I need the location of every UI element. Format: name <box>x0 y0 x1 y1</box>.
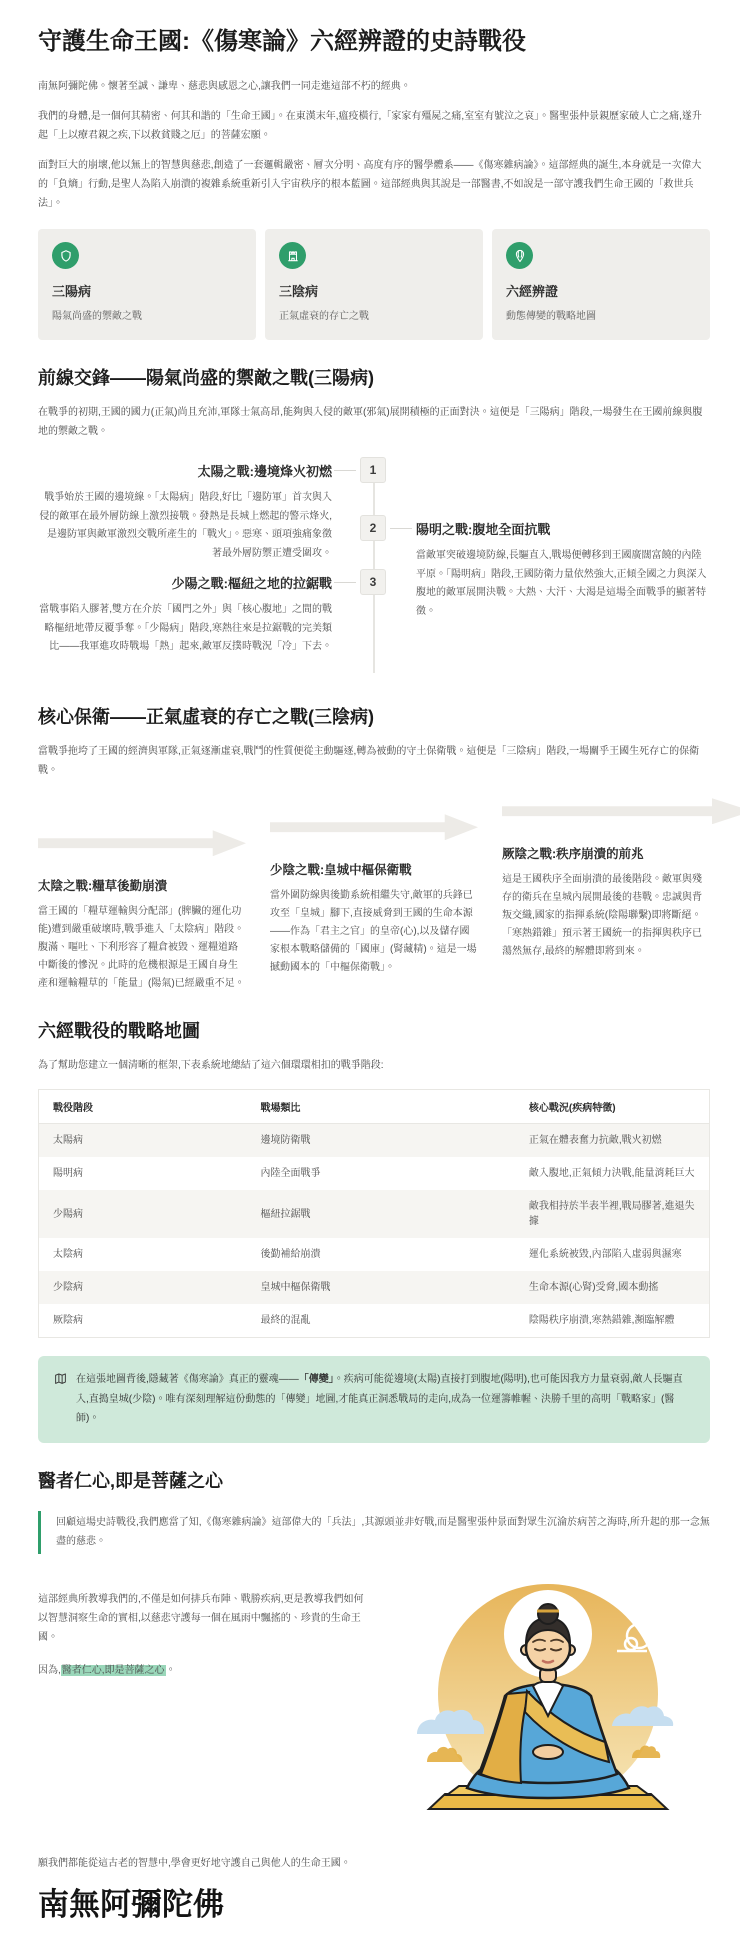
table-cell: 內陸全面戰爭 <box>247 1157 515 1190</box>
timeline-item-body: 當戰事陷入膠著,雙方在介於「國門之外」與「核心腹地」之間的戰略樞紐地帶反覆爭奪。… <box>38 601 332 657</box>
section-title-heart: 醫者仁心,即是菩薩之心 <box>38 1467 710 1493</box>
table-cell: 後勤補給崩潰 <box>247 1238 515 1271</box>
article: 守護生命王國:《傷寒論》六經辨證的史詩戰役 南無阿彌陀佛。懷著至誠、謙卑、慈悲與… <box>0 0 740 1958</box>
battle-column-title: 厥陰之戰:秩序崩潰的前兆 <box>502 844 710 862</box>
table-row: 太陰病 後勤補給崩潰 運化系統被毀,內部陷入虛弱與濕寒 <box>39 1238 710 1271</box>
table-cell: 最終的混亂 <box>247 1304 515 1338</box>
because-suffix: 。 <box>166 1665 176 1676</box>
page-title: 守護生命王國:《傷寒論》六經辨證的史詩戰役 <box>38 26 710 57</box>
table-cell: 皇城中樞保衛戰 <box>247 1271 515 1304</box>
battle-column-shaoyin: 少陰之戰:皇城中樞保衛戰 當外圍防線與後勤系統相繼失守,敵軍的兵鋒已攻至「皇城」… <box>270 798 478 993</box>
highlight-text: 醫者仁心,即是菩薩之心 <box>61 1665 166 1676</box>
card-title: 三陰病 <box>279 281 469 300</box>
timeline-number: 3 <box>370 575 377 589</box>
table-cell-phase: 少陽病 <box>39 1190 247 1238</box>
intro-paragraph: 南無阿彌陀佛。懷著至誠、謙卑、慈悲與感恩之心,讓我們一同走進這部不朽的經典。 <box>38 77 710 96</box>
card-subtitle: 正氣虛衰的存亡之戰 <box>279 309 469 324</box>
table-header-cell: 核心戰況(疾病特徵) <box>515 1090 710 1124</box>
timeline-item-yangming: 陽明之戰:腹地全面抗戰 當敵軍突破邊境防線,長驅直入,戰場便轉移到王國廣闊富饒的… <box>416 515 710 621</box>
note-text-bold: 「傳變」 <box>299 1374 334 1385</box>
yin-battle-columns: 太陰之戰:糧草後勤崩潰 當王國的「糧草運輸與分配部」(脾臟的運化功能)遭到嚴重破… <box>38 798 710 993</box>
right-arrow-shape <box>270 814 478 840</box>
table-row: 太陽病 邊境防衛戰 正氣在體表奮力抗敵,戰火初燃 <box>39 1124 710 1158</box>
timeline-item-title: 陽明之戰:腹地全面抗戰 <box>416 519 710 538</box>
table-cell: 敵我相持於半表半裡,戰局膠著,進退失據 <box>515 1190 710 1238</box>
summary-cards: 三陽病 陽氣尚盛的禦敵之戰 三陰病 正氣虛衰的存亡之戰 六經辨證 動態傳變的戰略… <box>38 229 710 340</box>
timeline-connector <box>334 582 356 583</box>
table-cell-phase: 太陽病 <box>39 1124 247 1158</box>
timeline-item-shaoyang: 少陽之戰:樞紐之地的拉鋸戰 當戰事陷入膠著,雙方在介於「國門之外」與「核心腹地」… <box>38 569 332 657</box>
table-cell-phase: 陽明病 <box>39 1157 247 1190</box>
battle-column-title: 少陰之戰:皇城中樞保衛戰 <box>270 860 478 878</box>
table-header-cell: 戰場類比 <box>247 1090 515 1124</box>
table-cell-phase: 太陰病 <box>39 1238 247 1271</box>
timeline-number: 1 <box>370 463 377 477</box>
because-prefix: 因為, <box>38 1665 61 1676</box>
timeline-item-title: 太陽之戰:邊境烽火初燃 <box>38 461 332 480</box>
section-title-yin: 核心保衛——正氣虛衰的存亡之戰(三陰病) <box>38 703 710 729</box>
table-cell: 敵入腹地,正氣傾力決戰,能量消耗巨大 <box>515 1157 710 1190</box>
right-arrow-shape <box>38 830 246 856</box>
timeline-item-taiyang: 太陽之戰:邊境烽火初燃 戰爭始於王國的邊境線。「太陽病」階段,好比「邊防軍」首次… <box>38 457 332 563</box>
note-text-prefix: 在這張地圖背後,隱藏著《傷寒論》真正的靈魂—— <box>76 1374 299 1385</box>
table-cell: 運化系統被毀,內部陷入虛弱與濕寒 <box>515 1238 710 1271</box>
summary-card-six-channels: 六經辨證 動態傳變的戰略地圖 <box>492 229 710 340</box>
heart-text: 這部經典所教導我們的,不僅是如何排兵布陣、戰勝疾病,更是教導我們如何以智慧洞察生… <box>38 1576 370 1824</box>
yin-intro: 當戰爭拖垮了王國的經濟與軍隊,正氣逐漸虛衰,戰鬥的性質便從主動驅逐,轉為被動的守… <box>38 742 710 780</box>
closing-wish: 願我們都能從這古老的智慧中,學會更好地守護自己與他人的生命王國。 <box>38 1854 710 1869</box>
table-cell-phase: 少陰病 <box>39 1271 247 1304</box>
table-row: 少陰病 皇城中樞保衛戰 生命本源(心腎)受脅,國本動搖 <box>39 1271 710 1304</box>
yang-intro: 在戰爭的初期,王國的國力(正氣)尚且充沛,軍隊士氣高昂,能夠與入侵的敵軍(邪氣)… <box>38 403 710 441</box>
map-icon <box>54 1372 67 1429</box>
table-row: 少陽病 樞紐拉鋸戰 敵我相持於半表半裡,戰局膠著,進退失據 <box>39 1190 710 1238</box>
battle-column-body: 當外圍防線與後勤系統相繼失守,敵軍的兵鋒已攻至「皇城」腳下,直接威脅到王國的生命… <box>270 887 478 977</box>
timeline-connector <box>334 470 356 471</box>
timeline-connector <box>390 528 412 529</box>
summary-card-three-yang: 三陽病 陽氣尚盛的禦敵之戰 <box>38 229 256 340</box>
battle-column-jueyin: 厥陰之戰:秩序崩潰的前兆 這是王國秩序全面崩潰的最後階段。敵軍與殘存的衛兵在皇城… <box>502 798 710 993</box>
timeline-item-body: 當敵軍突破邊境防線,長驅直入,戰場便轉移到王國廣闊富饒的內陸平原。「陽明病」階段… <box>416 547 710 621</box>
timeline-three-yang: 1 太陽之戰:邊境烽火初燃 戰爭始於王國的邊境線。「太陽病」階段,好比「邊防軍」… <box>38 457 710 679</box>
timeline-number: 2 <box>370 521 377 535</box>
table-header-row: 戰役階段 戰場類比 核心戰況(疾病特徵) <box>39 1090 710 1124</box>
table-header-cell: 戰役階段 <box>39 1090 247 1124</box>
map-intro: 為了幫助您建立一個清晰的框架,下表系統地總結了這六個環環相扣的戰爭階段: <box>38 1056 710 1075</box>
table-cell: 陰陽秩序崩潰,寒熱錯雜,瀕臨解體 <box>515 1304 710 1338</box>
timeline-item-title: 少陽之戰:樞紐之地的拉鋸戰 <box>38 573 332 592</box>
card-title: 六經辨證 <box>506 281 696 300</box>
strategy-table: 戰役階段 戰場類比 核心戰況(疾病特徵) 太陽病 邊境防衛戰 正氣在體表奮力抗敵… <box>38 1089 710 1338</box>
table-cell: 邊境防衛戰 <box>247 1124 515 1158</box>
quote-block: 回顧這場史詩戰役,我們應當了知,《傷寒雜病論》這部偉大的「兵法」,其源頭並非好戰… <box>38 1511 710 1554</box>
note-text: 在這張地圖背後,隱藏著《傷寒論》真正的靈魂——「傳變」。疾病可能從邊境(太陽)直… <box>76 1370 694 1429</box>
table-row: 陽明病 內陸全面戰爭 敵入腹地,正氣傾力決戰,能量消耗巨大 <box>39 1157 710 1190</box>
heart-section: 這部經典所教導我們的,不僅是如何排兵布陣、戰勝疾病,更是教導我們如何以智慧洞察生… <box>38 1576 710 1824</box>
fortress-icon <box>279 242 306 269</box>
battle-column-taiyin: 太陰之戰:糧草後勤崩潰 當王國的「糧草運輸與分配部」(脾臟的運化功能)遭到嚴重破… <box>38 798 246 993</box>
meditating-monk-illustration <box>386 1576 710 1824</box>
battle-column-title: 太陰之戰:糧草後勤崩潰 <box>38 876 246 894</box>
table-cell: 生命本源(心腎)受脅,國本動搖 <box>515 1271 710 1304</box>
battle-column-body: 這是王國秩序全面崩潰的最後階段。敵軍與殘存的衛兵在皇城內展開最後的巷戰。忠誠與背… <box>502 871 710 961</box>
card-subtitle: 動態傳變的戰略地圖 <box>506 309 696 324</box>
section-title-map: 六經戰役的戰略地圖 <box>38 1017 710 1043</box>
map-pin-icon <box>506 242 533 269</box>
table-cell: 樞紐拉鋸戰 <box>247 1190 515 1238</box>
table-row: 厥陰病 最終的混亂 陰陽秩序崩潰,寒熱錯雜,瀕臨解體 <box>39 1304 710 1338</box>
intro-paragraph: 面對巨大的崩壞,他以無上的智慧與慈悲,創造了一套邏輯嚴密、層次分明、高度有序的醫… <box>38 156 710 213</box>
heart-because-line: 因為,醫者仁心,即是菩薩之心。 <box>38 1661 370 1680</box>
table-cell: 正氣在體表奮力抗敵,戰火初燃 <box>515 1124 710 1158</box>
battle-column-body: 當王國的「糧草運輸與分配部」(脾臟的運化功能)遭到嚴重破壞時,戰爭進入「太陰病」… <box>38 903 246 993</box>
note-box: 在這張地圖背後,隱藏著《傷寒論》真正的靈魂——「傳變」。疾病可能從邊境(太陽)直… <box>38 1356 710 1443</box>
shield-icon <box>52 242 79 269</box>
timeline-badge-2: 2 <box>360 515 386 541</box>
timeline-badge-1: 1 <box>360 457 386 483</box>
closing-title: 南無阿彌陀佛 <box>38 1879 710 1924</box>
intro-paragraph: 我們的身體,是一個何其精密、何其和諧的「生命王國」。在東漢末年,瘟疫橫行,「家家… <box>38 107 710 145</box>
timeline-item-body: 戰爭始於王國的邊境線。「太陽病」階段,好比「邊防軍」首次與入侵的敵軍在最外層防線… <box>38 489 332 563</box>
right-arrow-shape <box>502 798 740 824</box>
card-title: 三陽病 <box>52 281 242 300</box>
timeline-badge-3: 3 <box>360 569 386 595</box>
heart-paragraph: 這部經典所教導我們的,不僅是如何排兵布陣、戰勝疾病,更是教導我們如何以智慧洞察生… <box>38 1590 370 1647</box>
card-subtitle: 陽氣尚盛的禦敵之戰 <box>52 309 242 324</box>
table-cell-phase: 厥陰病 <box>39 1304 247 1338</box>
section-title-yang: 前線交鋒——陽氣尚盛的禦敵之戰(三陽病) <box>38 364 710 390</box>
summary-card-three-yin: 三陰病 正氣虛衰的存亡之戰 <box>265 229 483 340</box>
